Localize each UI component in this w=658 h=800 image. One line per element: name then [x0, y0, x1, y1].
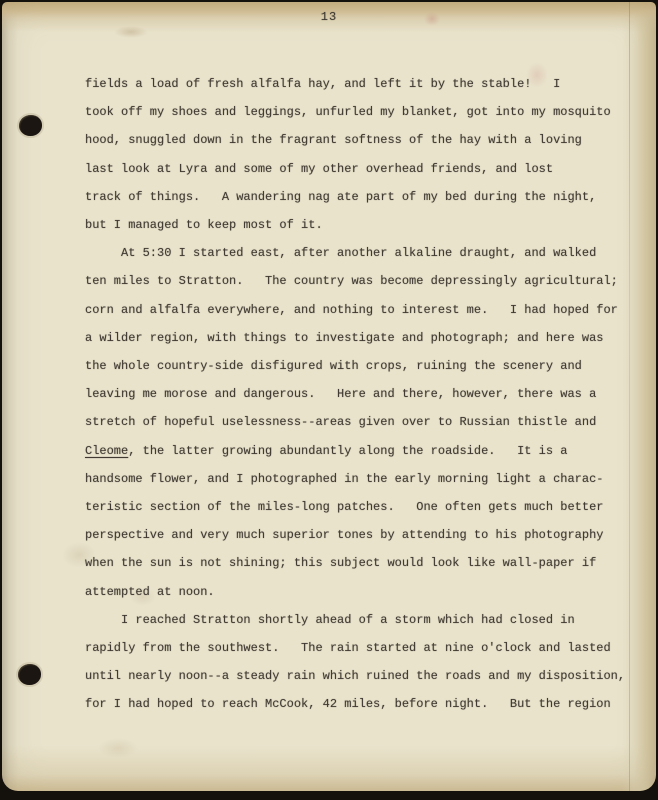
text-line: handsome flower, and I photographed in t…: [85, 465, 645, 493]
text-line: hood, snuggled down in the fragrant soft…: [85, 126, 645, 154]
text-line: stretch of hopeful uselessness--areas gi…: [85, 408, 645, 436]
paper-sheet: 13 fields a load of fresh alfalfa hay, a…: [2, 2, 656, 791]
scanned-page: 13 fields a load of fresh alfalfa hay, a…: [0, 0, 658, 800]
text-line: for I had hoped to reach McCook, 42 mile…: [85, 690, 645, 718]
underlined-word: Cleome: [85, 444, 128, 458]
text-line: At 5:30 I started east, after another al…: [85, 239, 645, 267]
text-line: the whole country-side disfigured with c…: [85, 352, 645, 380]
text-line: ten miles to Stratton. The country was b…: [85, 267, 645, 295]
hole-punch-bottom: [18, 664, 41, 685]
text-line: I reached Stratton shortly ahead of a st…: [85, 606, 645, 634]
text-line: last look at Lyra and some of my other o…: [85, 155, 645, 183]
text-line: when the sun is not shining; this subjec…: [85, 549, 645, 577]
text-line: attempted at noon.: [85, 578, 645, 606]
paper-stain: [98, 738, 138, 758]
text-body: fields a load of fresh alfalfa hay, and …: [85, 70, 645, 719]
text-line: perspective and very much superior tones…: [85, 521, 645, 549]
text-line: corn and alfalfa everywhere, and nothing…: [85, 296, 645, 324]
text-line: track of things. A wandering nag ate par…: [85, 183, 645, 211]
text-line: leaving me morose and dangerous. Here an…: [85, 380, 645, 408]
paper-stain: [114, 26, 148, 38]
text-line: fields a load of fresh alfalfa hay, and …: [85, 70, 645, 98]
hole-punch-top: [19, 115, 42, 136]
text-line: rapidly from the southwest. The rain sta…: [85, 634, 645, 662]
text-line: a wilder region, with things to investig…: [85, 324, 645, 352]
text-line: took off my shoes and leggings, unfurled…: [85, 98, 645, 126]
page-number: 13: [2, 10, 656, 24]
text-line: Cleome, the latter growing abundantly al…: [85, 437, 645, 465]
text-line: teristic section of the miles-long patch…: [85, 493, 645, 521]
text-line: until nearly noon--a steady rain which r…: [85, 662, 645, 690]
text-line: but I managed to keep most of it.: [85, 211, 645, 239]
